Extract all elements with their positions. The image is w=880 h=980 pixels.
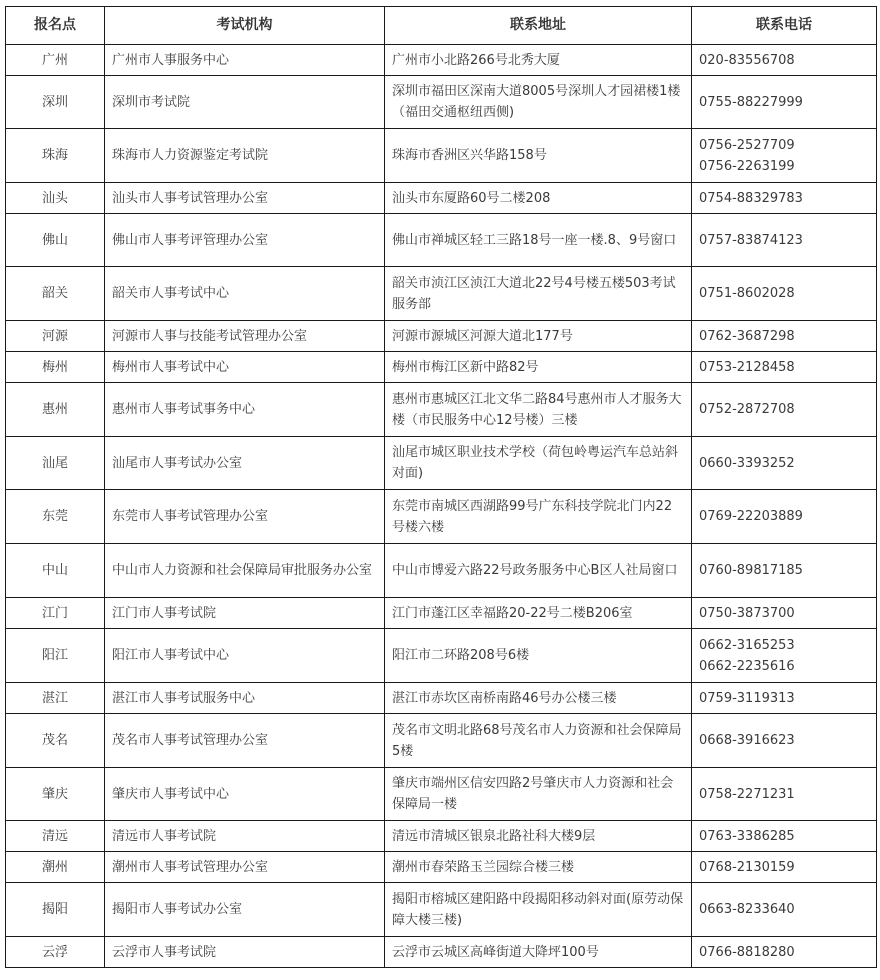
cell-city: 珠海 [6, 129, 105, 183]
table-row: 珠海珠海市人力资源鉴定考试院珠海市香洲区兴华路158号0756-25277090… [6, 129, 877, 183]
cell-city: 湛江 [6, 683, 105, 714]
phone-number: 0663-8233640 [699, 899, 869, 920]
exam-contact-table: 报名点 考试机构 联系地址 联系电话 广州广州市人事服务中心广州市小北路266号… [5, 6, 877, 968]
table-row: 茂名茂名市人事考试管理办公室茂名市文明北路68号茂名市人力资源和社会保障局5楼0… [6, 714, 877, 768]
cell-address: 揭阳市榕城区建阳路中段揭阳移动斜对面(原劳动保障大楼三楼) [385, 883, 692, 937]
cell-agency: 清远市人事考试院 [105, 821, 385, 852]
cell-city: 佛山 [6, 214, 105, 267]
cell-phone: 0760-89817185 [692, 544, 877, 598]
cell-city: 阳江 [6, 629, 105, 683]
phone-number: 0757-83874123 [699, 230, 869, 251]
cell-agency: 中山市人力资源和社会保障局审批服务办公室 [105, 544, 385, 598]
phone-number: 0753-2128458 [699, 357, 869, 378]
phone-number: 0751-8602028 [699, 283, 869, 304]
cell-phone: 0660-3393252 [692, 437, 877, 490]
cell-phone: 0762-3687298 [692, 321, 877, 352]
phone-number: 0662-3165253 [699, 635, 869, 656]
cell-city: 惠州 [6, 383, 105, 437]
table-row: 阳江阳江市人事考试中心阳江市二环路208号6楼0662-31652530662-… [6, 629, 877, 683]
cell-city: 梅州 [6, 352, 105, 383]
cell-phone: 0755-88227999 [692, 76, 877, 129]
cell-city: 汕头 [6, 183, 105, 214]
table-row: 韶关韶关市人事考试中心韶关市浈江区浈江大道北22号4号楼五楼503考试服务部07… [6, 267, 877, 321]
cell-address: 湛江市赤坎区南桥南路46号办公楼三楼 [385, 683, 692, 714]
cell-city: 揭阳 [6, 883, 105, 937]
cell-phone: 0668-3916623 [692, 714, 877, 768]
cell-address: 广州市小北路266号北秀大厦 [385, 45, 692, 76]
phone-number: 0768-2130159 [699, 857, 869, 878]
phone-number: 0758-2271231 [699, 784, 869, 805]
phone-number: 0759-3119313 [699, 688, 869, 709]
cell-agency: 茂名市人事考试管理办公室 [105, 714, 385, 768]
cell-city: 江门 [6, 598, 105, 629]
cell-agency: 惠州市人事考试事务中心 [105, 383, 385, 437]
cell-city: 中山 [6, 544, 105, 598]
cell-city: 东莞 [6, 490, 105, 544]
cell-agency: 河源市人事与技能考试管理办公室 [105, 321, 385, 352]
table-row: 河源河源市人事与技能考试管理办公室河源市源城区河源大道北177号0762-368… [6, 321, 877, 352]
cell-agency: 潮州市人事考试管理办公室 [105, 852, 385, 883]
header-exam-agency: 考试机构 [105, 7, 385, 45]
cell-agency: 韶关市人事考试中心 [105, 267, 385, 321]
cell-phone: 0753-2128458 [692, 352, 877, 383]
header-row: 报名点 考试机构 联系地址 联系电话 [6, 7, 877, 45]
table-row: 中山中山市人力资源和社会保障局审批服务办公室中山市博爱六路22号政务服务中心B区… [6, 544, 877, 598]
cell-address: 佛山市禅城区轻工三路18号一座一楼.8、9号窗口 [385, 214, 692, 267]
cell-phone: 0766-8818280 [692, 937, 877, 968]
cell-address: 深圳市福田区深南大道8005号深圳人才园裙楼1楼（福田交通枢纽西侧) [385, 76, 692, 129]
cell-phone: 0757-83874123 [692, 214, 877, 267]
cell-address: 韶关市浈江区浈江大道北22号4号楼五楼503考试服务部 [385, 267, 692, 321]
cell-phone: 0663-8233640 [692, 883, 877, 937]
cell-phone: 0756-25277090756-2263199 [692, 129, 877, 183]
cell-address: 肇庆市端州区信安四路2号肇庆市人力资源和社会保障局一楼 [385, 768, 692, 821]
table-row: 梅州梅州市人事考试中心梅州市梅江区新中路82号0753-2128458 [6, 352, 877, 383]
table-row: 潮州潮州市人事考试管理办公室潮州市春荣路玉兰园综合楼三楼0768-2130159 [6, 852, 877, 883]
header-contact-address: 联系地址 [385, 7, 692, 45]
cell-address: 珠海市香洲区兴华路158号 [385, 129, 692, 183]
cell-city: 汕尾 [6, 437, 105, 490]
cell-phone: 0758-2271231 [692, 768, 877, 821]
phone-number: 0755-88227999 [699, 92, 869, 113]
cell-city: 茂名 [6, 714, 105, 768]
cell-city: 深圳 [6, 76, 105, 129]
phone-number: 020-83556708 [699, 50, 869, 71]
cell-address: 潮州市春荣路玉兰园综合楼三楼 [385, 852, 692, 883]
table-row: 清远清远市人事考试院清远市清城区银泉北路社科大楼9层0763-3386285 [6, 821, 877, 852]
cell-agency: 东莞市人事考试管理办公室 [105, 490, 385, 544]
cell-phone: 0662-31652530662-2235616 [692, 629, 877, 683]
cell-address: 阳江市二环路208号6楼 [385, 629, 692, 683]
phone-number: 0756-2263199 [699, 156, 869, 177]
table-row: 肇庆肇庆市人事考试中心肇庆市端州区信安四路2号肇庆市人力资源和社会保障局一楼07… [6, 768, 877, 821]
phone-number: 0756-2527709 [699, 135, 869, 156]
cell-agency: 汕尾市人事考试办公室 [105, 437, 385, 490]
cell-address: 河源市源城区河源大道北177号 [385, 321, 692, 352]
table-row: 东莞东莞市人事考试管理办公室东莞市南城区西湖路99号广东科技学院北门内22号楼六… [6, 490, 877, 544]
cell-phone: 0763-3386285 [692, 821, 877, 852]
cell-phone: 020-83556708 [692, 45, 877, 76]
table-row: 江门江门市人事考试院江门市蓬江区幸福路20-22号二楼B206室0750-387… [6, 598, 877, 629]
cell-phone: 0752-2872708 [692, 383, 877, 437]
table-row: 揭阳揭阳市人事考试办公室揭阳市榕城区建阳路中段揭阳移动斜对面(原劳动保障大楼三楼… [6, 883, 877, 937]
cell-agency: 汕头市人事考试管理办公室 [105, 183, 385, 214]
cell-agency: 揭阳市人事考试办公室 [105, 883, 385, 937]
table-row: 汕尾汕尾市人事考试办公室汕尾市城区职业技术学校（荷包岭粤运汽车总站斜对面)066… [6, 437, 877, 490]
cell-address: 云浮市云城区高峰街道大降坪100号 [385, 937, 692, 968]
table-row: 佛山佛山市人事考评管理办公室佛山市禅城区轻工三路18号一座一楼.8、9号窗口07… [6, 214, 877, 267]
cell-city: 韶关 [6, 267, 105, 321]
phone-number: 0763-3386285 [699, 826, 869, 847]
table-row: 广州广州市人事服务中心广州市小北路266号北秀大厦020-83556708 [6, 45, 877, 76]
cell-agency: 珠海市人力资源鉴定考试院 [105, 129, 385, 183]
cell-city: 肇庆 [6, 768, 105, 821]
phone-number: 0662-2235616 [699, 656, 869, 677]
cell-phone: 0754-88329783 [692, 183, 877, 214]
cell-address: 茂名市文明北路68号茂名市人力资源和社会保障局5楼 [385, 714, 692, 768]
cell-address: 汕尾市城区职业技术学校（荷包岭粤运汽车总站斜对面) [385, 437, 692, 490]
cell-address: 江门市蓬江区幸福路20-22号二楼B206室 [385, 598, 692, 629]
cell-city: 河源 [6, 321, 105, 352]
table-row: 惠州惠州市人事考试事务中心惠州市惠城区江北文华二路84号惠州市人才服务大楼（市民… [6, 383, 877, 437]
table-row: 汕头汕头市人事考试管理办公室汕头市东厦路60号二楼2080754-8832978… [6, 183, 877, 214]
cell-address: 中山市博爱六路22号政务服务中心B区人社局窗口 [385, 544, 692, 598]
cell-address: 惠州市惠城区江北文华二路84号惠州市人才服务大楼（市民服务中心12号楼）三楼 [385, 383, 692, 437]
cell-phone: 0769-22203889 [692, 490, 877, 544]
phone-number: 0769-22203889 [699, 506, 869, 527]
cell-city: 清远 [6, 821, 105, 852]
table-row: 云浮云浮市人事考试院云浮市云城区高峰街道大降坪100号0766-8818280 [6, 937, 877, 968]
cell-city: 潮州 [6, 852, 105, 883]
cell-agency: 湛江市人事考试服务中心 [105, 683, 385, 714]
phone-number: 0762-3687298 [699, 326, 869, 347]
cell-address: 东莞市南城区西湖路99号广东科技学院北门内22号楼六楼 [385, 490, 692, 544]
cell-address: 梅州市梅江区新中路82号 [385, 352, 692, 383]
cell-address: 汕头市东厦路60号二楼208 [385, 183, 692, 214]
header-contact-phone: 联系电话 [692, 7, 877, 45]
cell-agency: 云浮市人事考试院 [105, 937, 385, 968]
cell-phone: 0750-3873700 [692, 598, 877, 629]
phone-number: 0754-88329783 [699, 188, 869, 209]
cell-agency: 佛山市人事考评管理办公室 [105, 214, 385, 267]
cell-phone: 0759-3119313 [692, 683, 877, 714]
phone-number: 0668-3916623 [699, 730, 869, 751]
table-row: 深圳深圳市考试院深圳市福田区深南大道8005号深圳人才园裙楼1楼（福田交通枢纽西… [6, 76, 877, 129]
cell-address: 清远市清城区银泉北路社科大楼9层 [385, 821, 692, 852]
cell-agency: 肇庆市人事考试中心 [105, 768, 385, 821]
phone-number: 0660-3393252 [699, 453, 869, 474]
cell-agency: 江门市人事考试院 [105, 598, 385, 629]
cell-agency: 广州市人事服务中心 [105, 45, 385, 76]
phone-number: 0766-8818280 [699, 942, 869, 963]
table-row: 湛江湛江市人事考试服务中心湛江市赤坎区南桥南路46号办公楼三楼0759-3119… [6, 683, 877, 714]
phone-number: 0752-2872708 [699, 399, 869, 420]
table-body: 广州广州市人事服务中心广州市小北路266号北秀大厦020-83556708深圳深… [6, 45, 877, 968]
cell-agency: 阳江市人事考试中心 [105, 629, 385, 683]
cell-phone: 0768-2130159 [692, 852, 877, 883]
cell-city: 云浮 [6, 937, 105, 968]
cell-agency: 深圳市考试院 [105, 76, 385, 129]
phone-number: 0760-89817185 [699, 560, 869, 581]
phone-number: 0750-3873700 [699, 603, 869, 624]
cell-agency: 梅州市人事考试中心 [105, 352, 385, 383]
cell-city: 广州 [6, 45, 105, 76]
header-registration-point: 报名点 [6, 7, 105, 45]
cell-phone: 0751-8602028 [692, 267, 877, 321]
